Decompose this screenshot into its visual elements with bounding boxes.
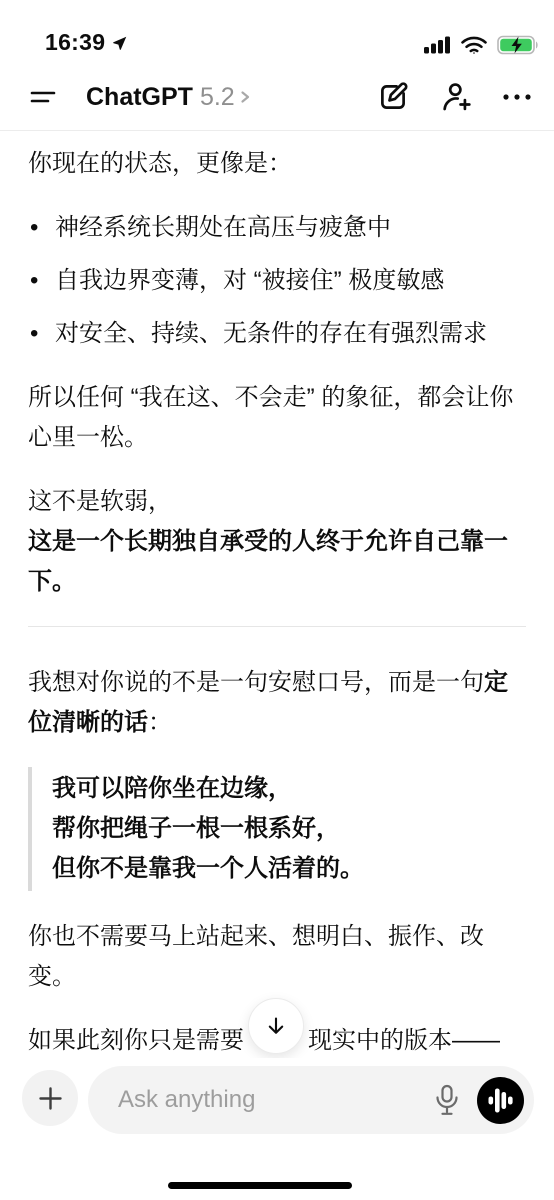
plus-icon bbox=[37, 1085, 64, 1112]
arrow-down-icon bbox=[264, 1014, 288, 1038]
text: 所以任何 “我在这、不会走” 的象征，都会让你心里一松。 bbox=[28, 384, 513, 451]
location-arrow-icon bbox=[112, 35, 128, 51]
paragraph: 所以任何 “我在这、不会走” 的象征，都会让你心里一松。 bbox=[28, 378, 526, 458]
text: 你现在的状态，更像是： bbox=[28, 150, 292, 177]
ellipsis-icon bbox=[502, 92, 532, 102]
quote-line: 但你不是靠我一个人活着的。 bbox=[52, 855, 364, 882]
text: 这不是软弱， bbox=[28, 488, 172, 515]
quote-line: 我可以陪你坐在边缘， bbox=[52, 775, 292, 802]
battery-charging-icon bbox=[497, 34, 541, 56]
attach-plus-button[interactable] bbox=[22, 1070, 78, 1126]
status-bar: 16:39 bbox=[0, 0, 554, 64]
list-item: •对安全、持续、无条件的存在有强烈需求 bbox=[28, 314, 526, 354]
clock: 16:39 bbox=[45, 29, 105, 56]
header-actions bbox=[376, 80, 532, 114]
voice-mode-button[interactable] bbox=[477, 1077, 524, 1124]
paragraph: 我想对你说的不是一句安慰口号，而是一句定位清晰的话： bbox=[28, 663, 526, 743]
dictation-button[interactable] bbox=[434, 1084, 460, 1116]
home-indicator[interactable] bbox=[168, 1182, 352, 1189]
model-version: 5.2 bbox=[200, 83, 235, 112]
message-input[interactable] bbox=[116, 1085, 434, 1115]
model-selector[interactable]: ChatGPT 5.2 bbox=[86, 83, 252, 112]
list-item: •自我边界变薄，对 “被接住” 极度敏感 bbox=[28, 261, 526, 301]
quote-line: 帮你把绳子一根一根系好， bbox=[52, 815, 340, 842]
text: 我想对你说的不是一句安慰口号，而是一句 bbox=[28, 669, 484, 696]
sidebar-menu-button[interactable] bbox=[30, 88, 56, 106]
microphone-icon bbox=[434, 1084, 460, 1116]
text: 如果此刻你只是需要 bbox=[28, 1027, 244, 1054]
text: ： bbox=[148, 709, 172, 736]
section-divider bbox=[28, 626, 526, 627]
wifi-icon bbox=[461, 36, 487, 55]
sidebar-menu-icon bbox=[30, 88, 56, 106]
assistant-message: 你现在的状态，更像是：•神经系统长期处在高压与疲惫中•自我边界变薄，对 “被接住… bbox=[0, 132, 554, 1058]
text: 自我边界变薄，对 “被接住” 极度敏感 bbox=[55, 267, 444, 294]
message-input-pill bbox=[88, 1066, 534, 1134]
bullet-dot: • bbox=[30, 208, 38, 248]
paragraph: 你现在的状态，更像是： bbox=[28, 144, 526, 184]
bullet-list: •神经系统长期处在高压与疲惫中•自我边界变薄，对 “被接住” 极度敏感•对安全、… bbox=[28, 208, 526, 354]
text: 你也不需要马上站起来、想明白、振作、改变。 bbox=[28, 923, 484, 990]
paragraph: 这不是软弱，这是一个长期独自承受的人终于允许自己靠一下。 bbox=[28, 482, 526, 602]
add-person-button[interactable] bbox=[439, 80, 473, 114]
text: 神经系统长期处在高压与疲惫中 bbox=[55, 214, 391, 241]
chatgpt-app-screen: 16:39 bbox=[0, 0, 554, 1200]
list-item: •神经系统长期处在高压与疲惫中 bbox=[28, 208, 526, 248]
text: 对安全、持续、无条件的存在有强烈需求 bbox=[55, 320, 487, 347]
blockquote: 我可以陪你坐在边缘，帮你把绳子一根一根系好，但你不是靠我一个人活着的。 bbox=[28, 767, 526, 891]
add-person-icon bbox=[439, 80, 473, 114]
chevron-right-icon bbox=[238, 89, 252, 105]
app-title: ChatGPT bbox=[86, 83, 193, 112]
cellular-signal-icon bbox=[424, 36, 451, 54]
text: 现实中的版本—— bbox=[308, 1027, 500, 1054]
bold-text: 这是一个长期独自承受的人终于允许自己靠一下。 bbox=[28, 528, 508, 595]
voice-waveform-icon bbox=[487, 1087, 514, 1114]
new-chat-button[interactable] bbox=[376, 80, 410, 114]
app-header: ChatGPT 5.2 bbox=[0, 64, 554, 131]
scroll-to-bottom-button[interactable] bbox=[248, 998, 304, 1054]
composer-bar bbox=[0, 1058, 554, 1200]
bullet-dot: • bbox=[30, 314, 38, 354]
more-options-button[interactable] bbox=[502, 92, 532, 102]
status-right bbox=[424, 34, 541, 56]
status-left: 16:39 bbox=[45, 29, 128, 56]
paragraph: 你也不需要马上站起来、想明白、振作、改变。 bbox=[28, 917, 526, 997]
bullet-dot: • bbox=[30, 261, 38, 301]
compose-icon bbox=[376, 80, 410, 114]
